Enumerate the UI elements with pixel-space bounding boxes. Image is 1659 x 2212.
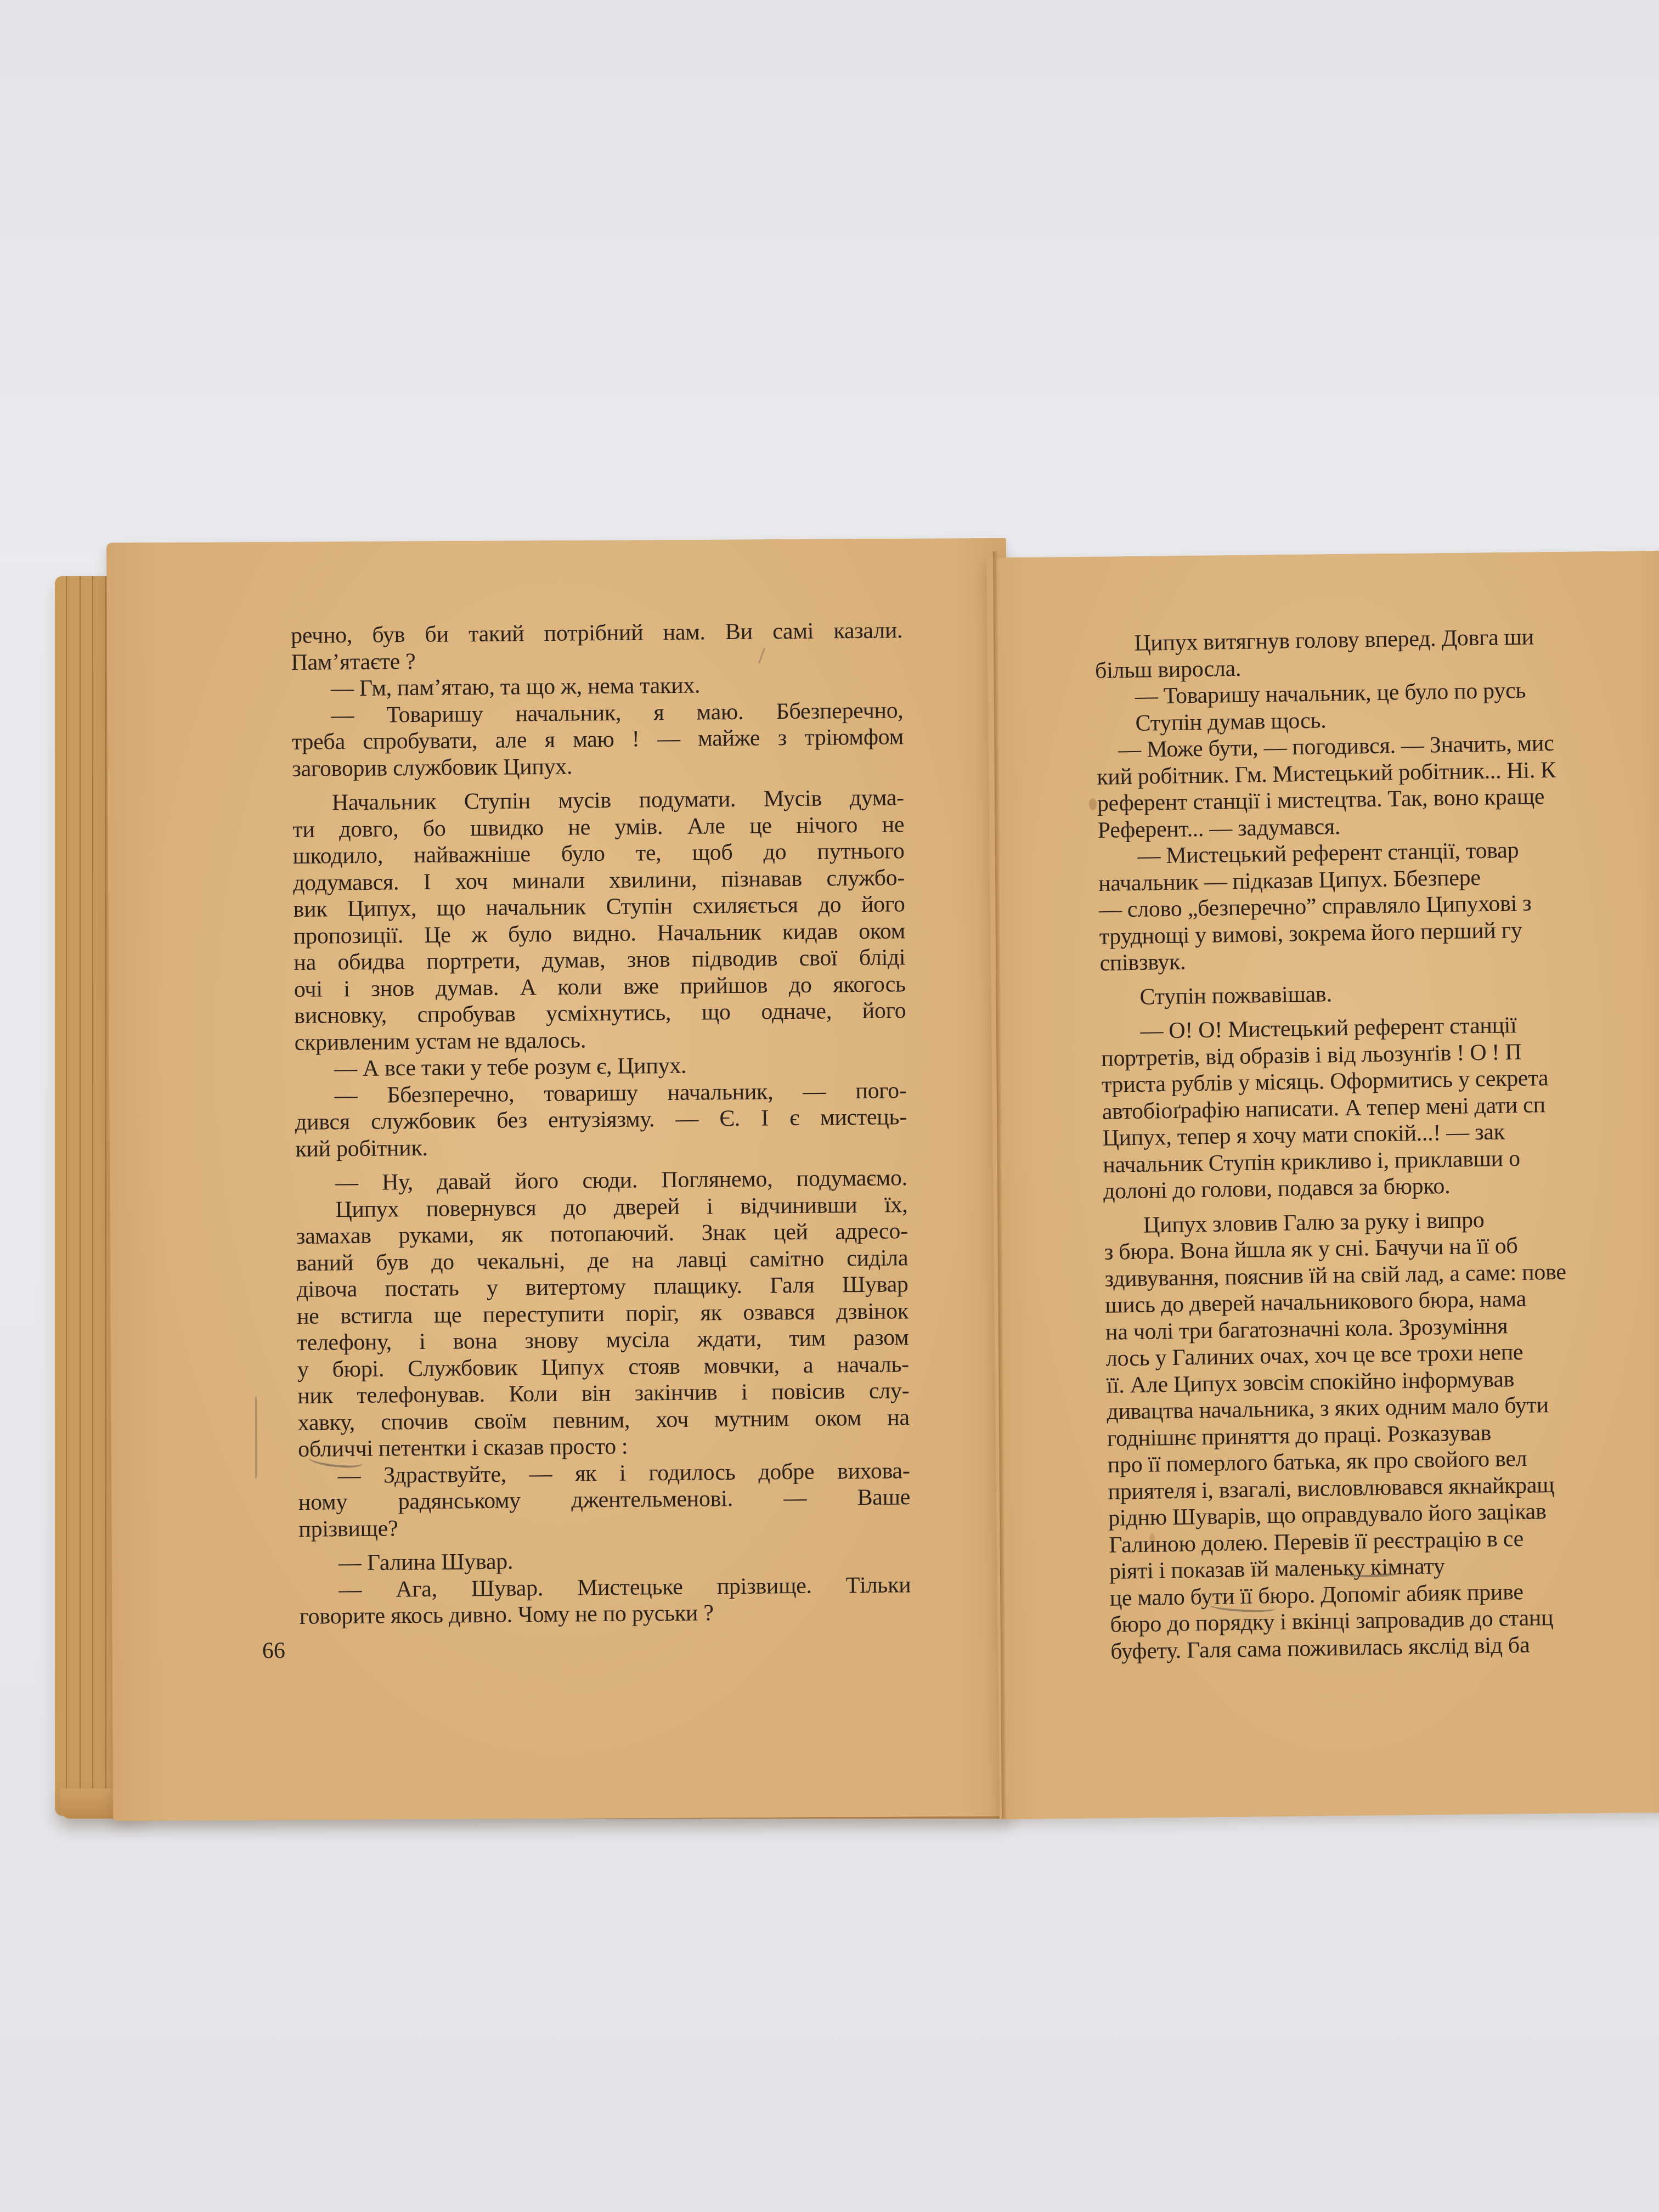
- paper-stain: [1089, 798, 1097, 810]
- text-line: прізвище?: [298, 1511, 910, 1543]
- text-line: — Ага, Шувар. Мистецьке прізвище. Тільки: [299, 1572, 911, 1604]
- open-book: речно, був би такий потрібний нам. Ви са…: [0, 0, 1659, 2212]
- text-line: висновку, спробував усміхнутись, що одна…: [294, 997, 906, 1029]
- text-line: говорите якось дивно. Чому не по руськи …: [300, 1598, 911, 1630]
- text-line: ному радянському джентельменові. — Ваше: [298, 1484, 910, 1516]
- text-line: Ступін пожвавішав.: [1100, 975, 1659, 1011]
- text-line: заговорив службовик Ципух.: [292, 751, 904, 782]
- right-page-text: Ципух витягнув голову вперед. Довга ши б…: [1094, 621, 1659, 1664]
- pencil-margin-mark: [255, 1396, 257, 1479]
- text-line: треба спробувати, але я маю ! — майже з …: [292, 724, 904, 755]
- left-page-text: речно, був би такий потрібний нам. Ви са…: [291, 617, 911, 1630]
- page-number: 66: [262, 1638, 285, 1664]
- text-line: дився службовик без ентузіязму. — Є. І є…: [295, 1104, 907, 1136]
- text-line: хавку, спочив своїм певним, хоч мутним о…: [298, 1404, 910, 1436]
- text-line: речно, був би такий потрібний нам. Ви са…: [291, 617, 902, 649]
- text-line: кий робітник.: [295, 1131, 907, 1163]
